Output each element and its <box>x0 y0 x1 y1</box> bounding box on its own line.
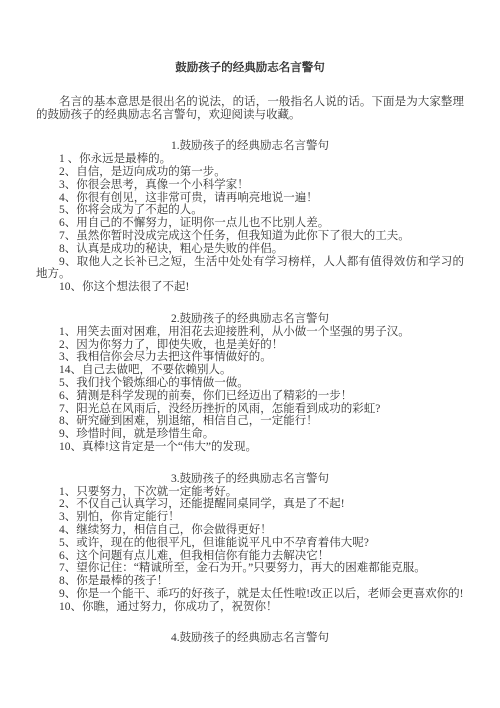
quote-item: 10、你这个想法很了不起! <box>36 281 464 294</box>
quote-item: 6、用自己的不懈努力，证明你一点儿也不比别人差。 <box>36 217 464 230</box>
quote-item: 9、取他人之长补已之短，生活中处处有学习榜样，人人都有值得效仿和学习的地方。 <box>36 256 464 282</box>
quote-item: 5、我们找个锻炼细心的事情做一做。 <box>36 377 464 390</box>
quote-item: 5、或许，现在的他很平凡，但谁能说平凡中不孕育着伟大呢? <box>36 537 464 550</box>
quote-item: 3、我相信你会尽力去把这件事情做好的。 <box>36 351 464 364</box>
quote-item: 8、你是最棒的孩子！ <box>36 575 464 588</box>
section-heading: 4.鼓励孩子的经典励志名言警句 <box>36 632 464 645</box>
quote-item: 1 、你永远是最棒的。 <box>36 153 464 166</box>
quote-item: 8、认真是成功的秘诀，粗心是失败的伴侣。 <box>36 243 464 256</box>
quote-item: 10、真棒!这肯定是一个“伟大”的发现。 <box>36 441 464 454</box>
quote-item: 1、只要努力，下次就一定能考好。 <box>36 486 464 499</box>
quote-item: 7、望你记住：“精诚所至，金石为开。”只要努力，再大的困难都能克服。 <box>36 562 464 575</box>
quote-item: 8、研究碰到困难，别退缩，相信自己，一定能行！ <box>36 415 464 428</box>
section-heading: 2.鼓励孩子的经典励志名言警句 <box>36 313 464 326</box>
section-heading: 1.鼓励孩子的经典励志名言警句 <box>36 140 464 153</box>
quote-item: 2、因为你努力了，即使失败，也是美好的！ <box>36 339 464 352</box>
intro-paragraph: 名言的基本意思是很出名的说法，的话，一般指名人说的话。下面是为大家整理的鼓励孩子… <box>36 96 464 122</box>
section-heading: 3.鼓励孩子的经典励志名言警句 <box>36 473 464 486</box>
document-title: 鼓励孩子的经典励志名言警句 <box>36 62 464 75</box>
quote-item: 7、虽然你暂时没成完成这个任务，但我知道为此你下了很大的工夫。 <box>36 230 464 243</box>
document-page: 鼓励孩子的经典励志名言警句 名言的基本意思是很出名的说法，的话，一般指名人说的话… <box>0 0 500 708</box>
quote-item: 5、你将会成为了不起的人。 <box>36 204 464 217</box>
quote-item: 1、用笑去面对困难，用泪花去迎接胜利，从小做一个坚强的男子汉。 <box>36 326 464 339</box>
quote-item: 9、珍惜时间，就是珍惜生命。 <box>36 428 464 441</box>
quote-item: 10、你瞧，通过努力，你成功了，祝贺你！ <box>36 601 464 614</box>
quote-item: 7、阳光总在风雨后，没经历挫折的风雨，怎能看到成功的彩虹? <box>36 403 464 416</box>
quote-item: 9、你是一个能干、乖巧的好孩子，就是太任性啦!改正以后，老师会更喜欢你的! <box>36 588 464 601</box>
quote-item: 3、别怕，你肯定能行！ <box>36 511 464 524</box>
quote-item: 6、这个问题有点儿难，但我相信你有能力去解决它！ <box>36 550 464 563</box>
quote-item: 4、你很有创见，这非常可贵，请再响亮地说一遍！ <box>36 192 464 205</box>
quote-item: 2、不仅自己认真学习，还能提醒同桌同学，真是了不起! <box>36 498 464 511</box>
quote-item: 2、自信，是迈向成功的第一步。 <box>36 166 464 179</box>
quote-item: 4、继续努力，相信自己，你会做得更好！ <box>36 524 464 537</box>
sections-container: 1.鼓励孩子的经典励志名言警句1 、你永远是最棒的。2、自信，是迈向成功的第一步… <box>36 140 464 645</box>
quote-item: 3、你很会思考，真像一个小科学家！ <box>36 179 464 192</box>
quote-item: 6、猜测是科学发现的前奏，你们已经迈出了精彩的一步！ <box>36 390 464 403</box>
quote-item: 14、自己去做吧，不要依赖别人。 <box>36 364 464 377</box>
